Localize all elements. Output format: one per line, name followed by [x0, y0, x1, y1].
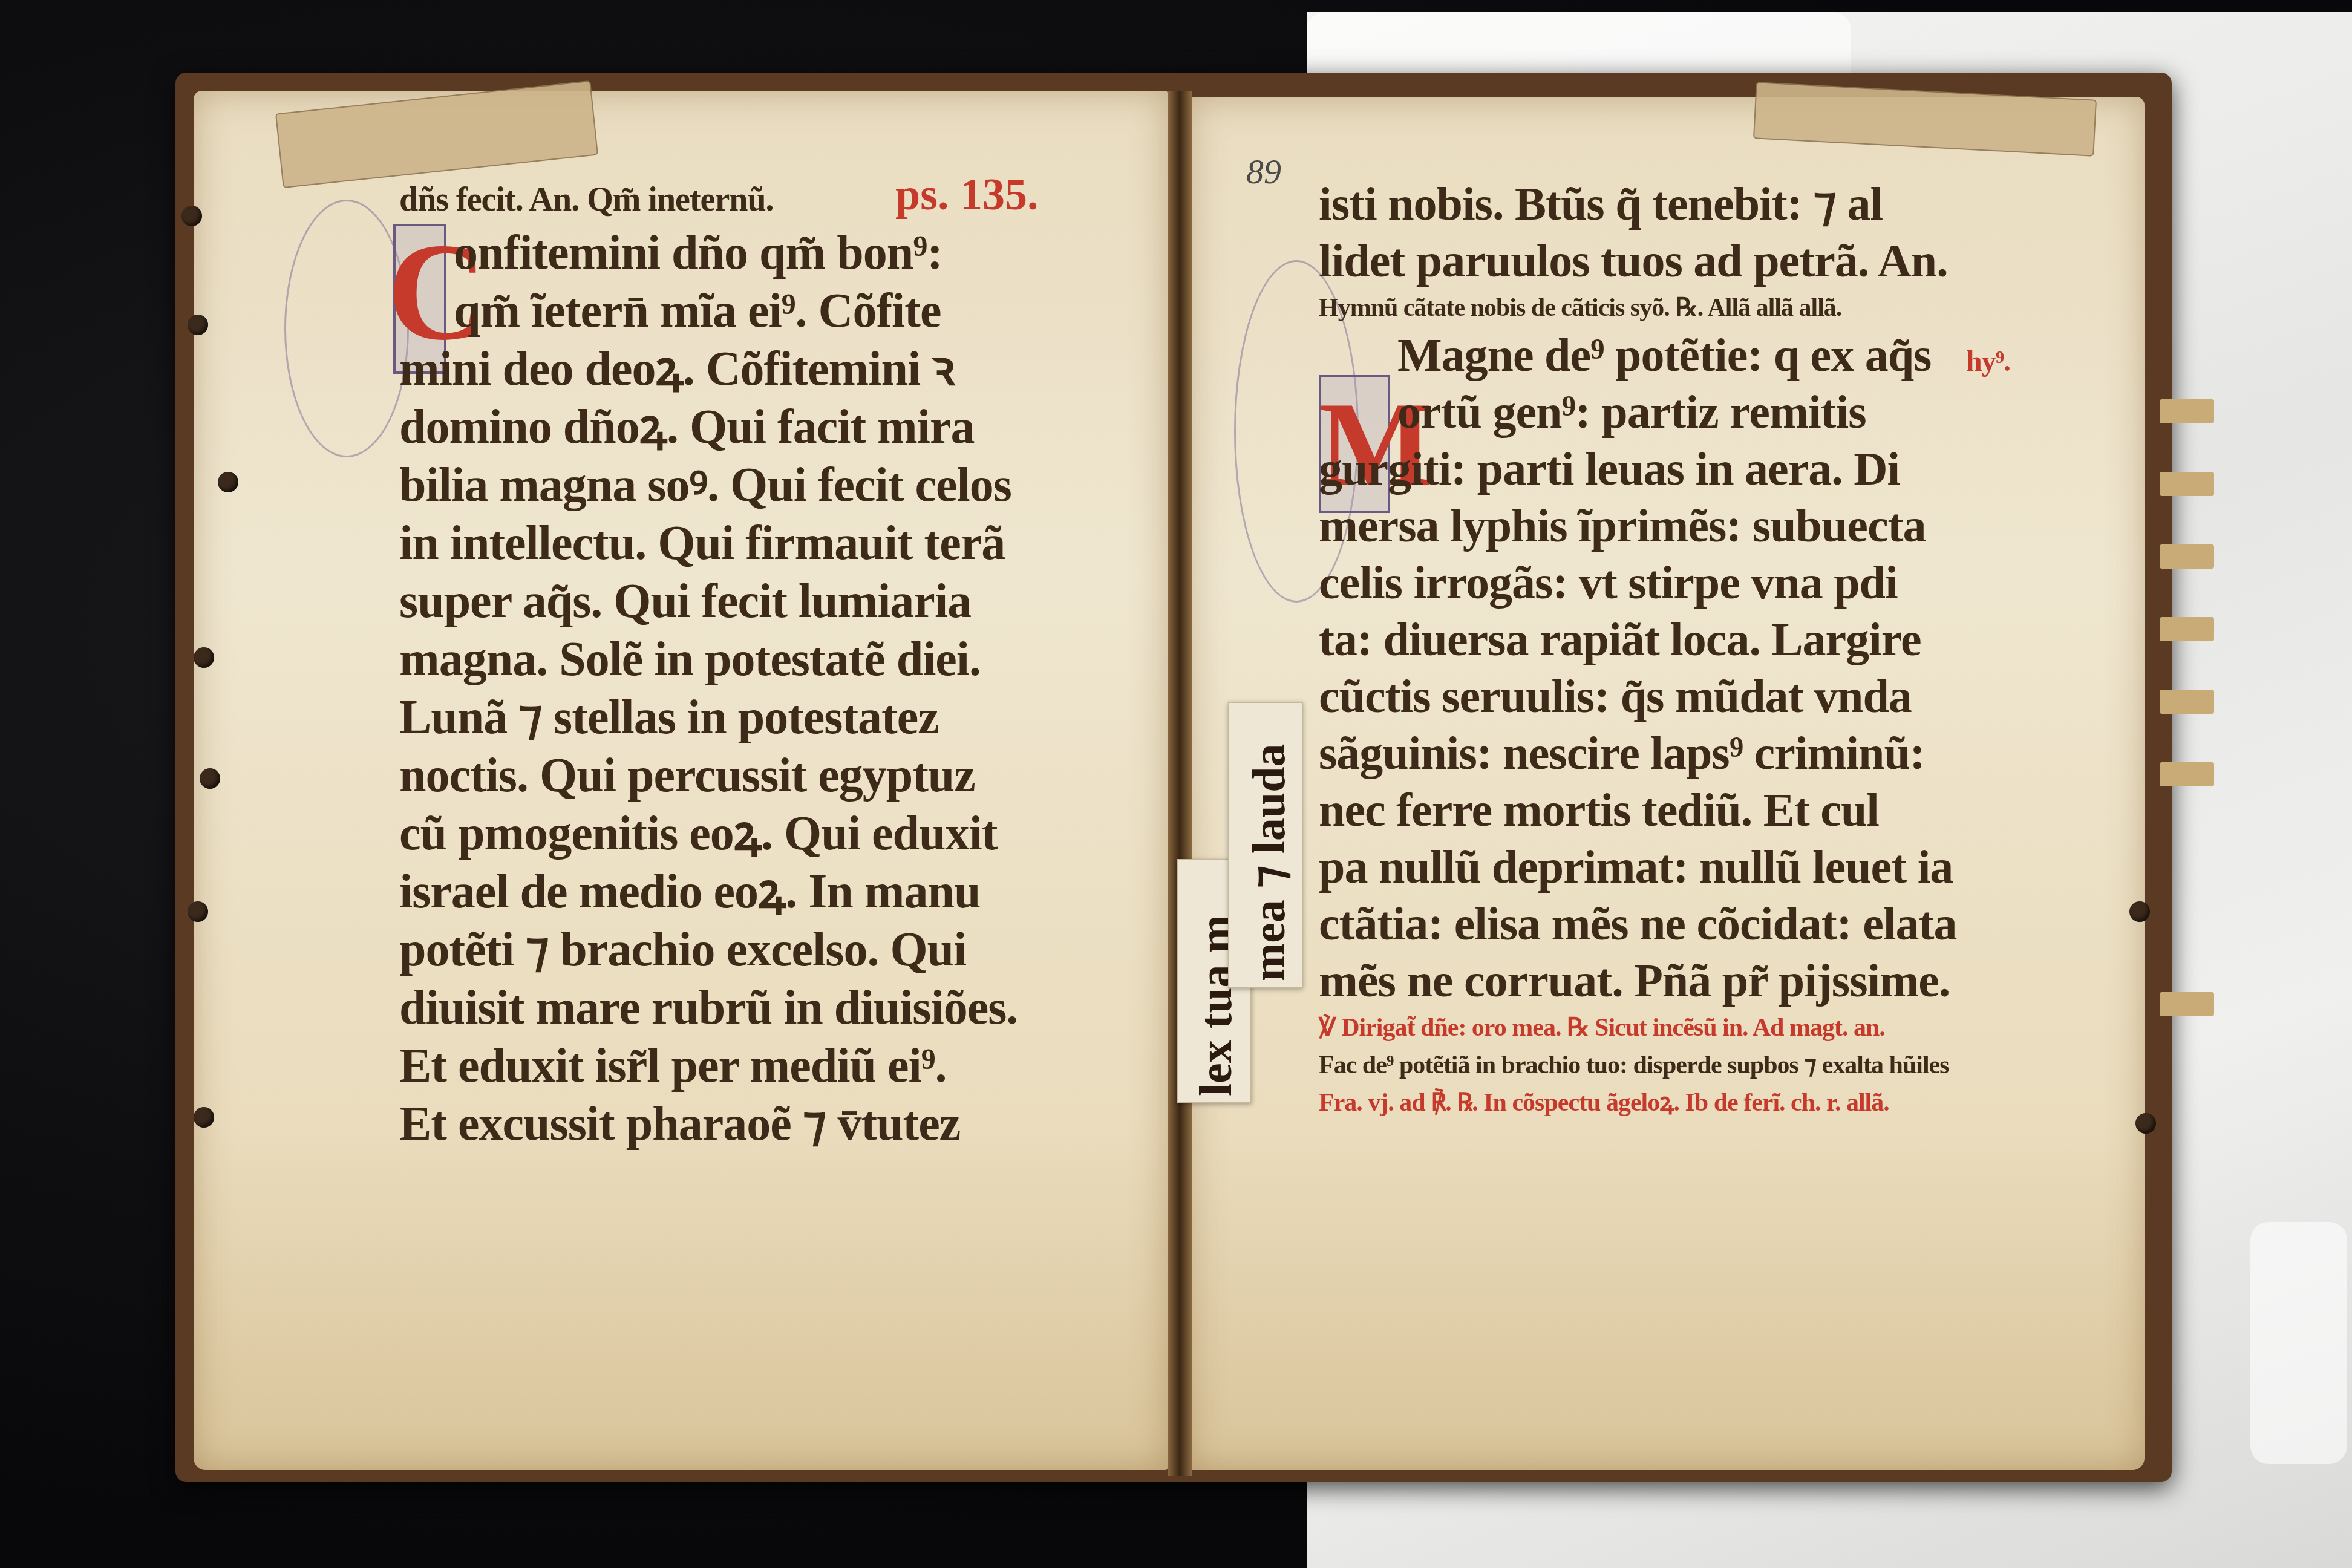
page-tab [2160, 992, 2214, 1016]
binding-knot [2129, 901, 2150, 922]
rubric-line: ℣ Dirigat̃ dñe: oro mea. ℞ Sicut incẽsũ … [1319, 1009, 2020, 1047]
text-line: noctis. Qui percussit egyptuz [399, 746, 1101, 805]
text-line: bilia magna soꝰ. Qui fecit celos [399, 456, 1101, 514]
text-line: nec ferre mortis tediũ. Et cul [1319, 782, 2020, 838]
text-line: ta: diuersa rapiãt loca. Largire [1319, 611, 2020, 668]
binding-knot [2135, 1113, 2156, 1134]
pasted-slip-2: mea ⁊ lauda [1228, 702, 1303, 988]
text-line: qm̃ ĩetern̄ mĩa ei⁹. Cõfite [399, 282, 1101, 340]
text-line: Hymnũ cãtate nobis de cãticis syõ. ℞. Al… [1319, 289, 2020, 327]
text-line: pa nullũ deprimat: nullũ leuet ia [1319, 838, 2020, 895]
binding-knot [218, 472, 238, 492]
text-line: celis irrogãs: vt stirpe vna pdi [1319, 554, 2020, 611]
text-line: onfitemini dño qm̃ bon⁹: [399, 224, 1101, 282]
binding-knot [200, 768, 220, 789]
header-line: dñs fecit. An. Qm̃ ineternũ. [399, 175, 1101, 224]
text-line: gurgiti: parti leuas in aera. Di [1319, 440, 2020, 497]
page-tab [2160, 472, 2214, 496]
text-line: lidet paruulos tuos ad petrã. An. [1319, 232, 2020, 289]
text-line: potẽti ⁊ brachio excelso. Qui [399, 921, 1101, 979]
binding-knot [188, 315, 208, 335]
binding-knot [188, 901, 208, 922]
binding-knot [194, 1107, 214, 1128]
text-line: isti nobis. Btũs q̃ tenebit: ⁊ al [1319, 175, 2020, 232]
text-line: diuisit mare rubrũ in diuisiões. [399, 979, 1101, 1037]
text-line: magna. Solẽ in potestatẽ diei. [399, 630, 1101, 688]
binding-knot [194, 647, 214, 668]
page-tab [2160, 690, 2214, 714]
text-line: Magne de⁹ potẽtie: q ex aq̃s [1319, 327, 2020, 384]
text-line: mini deo deoꝝ. Cõfitemini ꝛ [399, 340, 1101, 398]
rubric-line: Fra. vj. ad ℟. ℞. In cõspectu ãgeloꝝ. Ib… [1319, 1084, 2020, 1122]
page-tab [2160, 617, 2214, 641]
right-page-text: isti nobis. Btũs q̃ tenebit: ⁊ al lidet … [1319, 175, 2020, 1122]
text-line: ortũ gen⁹: partiz remitis [1319, 384, 2020, 440]
marginal-rubric: hy⁹. [1966, 345, 2010, 378]
folio-number: 89 [1246, 151, 1281, 192]
text-line: ctãtia: elisa mẽs ne cõcidat: elata [1319, 895, 2020, 952]
text-line: cũ pmogenitis eoꝝ. Qui eduxit [399, 805, 1101, 863]
text-line: Et excussit pharaoẽ ⁊ v̄tutez [399, 1095, 1101, 1153]
text-line: mersa lyphis ĩprimẽs: subuecta [1319, 497, 2020, 554]
text-line: Lunã ⁊ stellas in potestatez [399, 688, 1101, 746]
text-line: Fac de⁹ potẽtiã in brachio tuo: disperde… [1319, 1047, 2020, 1084]
book-gutter [1168, 91, 1192, 1476]
text-line: mẽs ne corruat. Pñã pr̃ pijssime. [1319, 952, 2020, 1009]
text-line: domino dñoꝝ. Qui facit mira [399, 398, 1101, 456]
left-page-text: dñs fecit. An. Qm̃ ineternũ. onfitemini … [399, 175, 1101, 1153]
text-line: super aq̃s. Qui fecit lumiaria [399, 572, 1101, 630]
text-line: Et eduxit isr̃l per mediũ ei⁹. [399, 1037, 1101, 1095]
text-line: israel de medio eoꝝ. In manu [399, 863, 1101, 921]
text-line: in intellectu. Qui firmauit terã [399, 514, 1101, 572]
page-tab [2160, 762, 2214, 786]
text-line: sãguinis: nescire laps⁹ criminũ: [1319, 725, 2020, 782]
tissue-fold [2250, 1222, 2347, 1464]
slip-text: mea ⁊ lauda [1241, 744, 1296, 981]
page-tab [2160, 544, 2214, 569]
text-line: cũctis seruulis: q̃s mũdat vnda [1319, 668, 2020, 725]
page-tab [2160, 399, 2214, 423]
binding-knot [181, 206, 202, 226]
